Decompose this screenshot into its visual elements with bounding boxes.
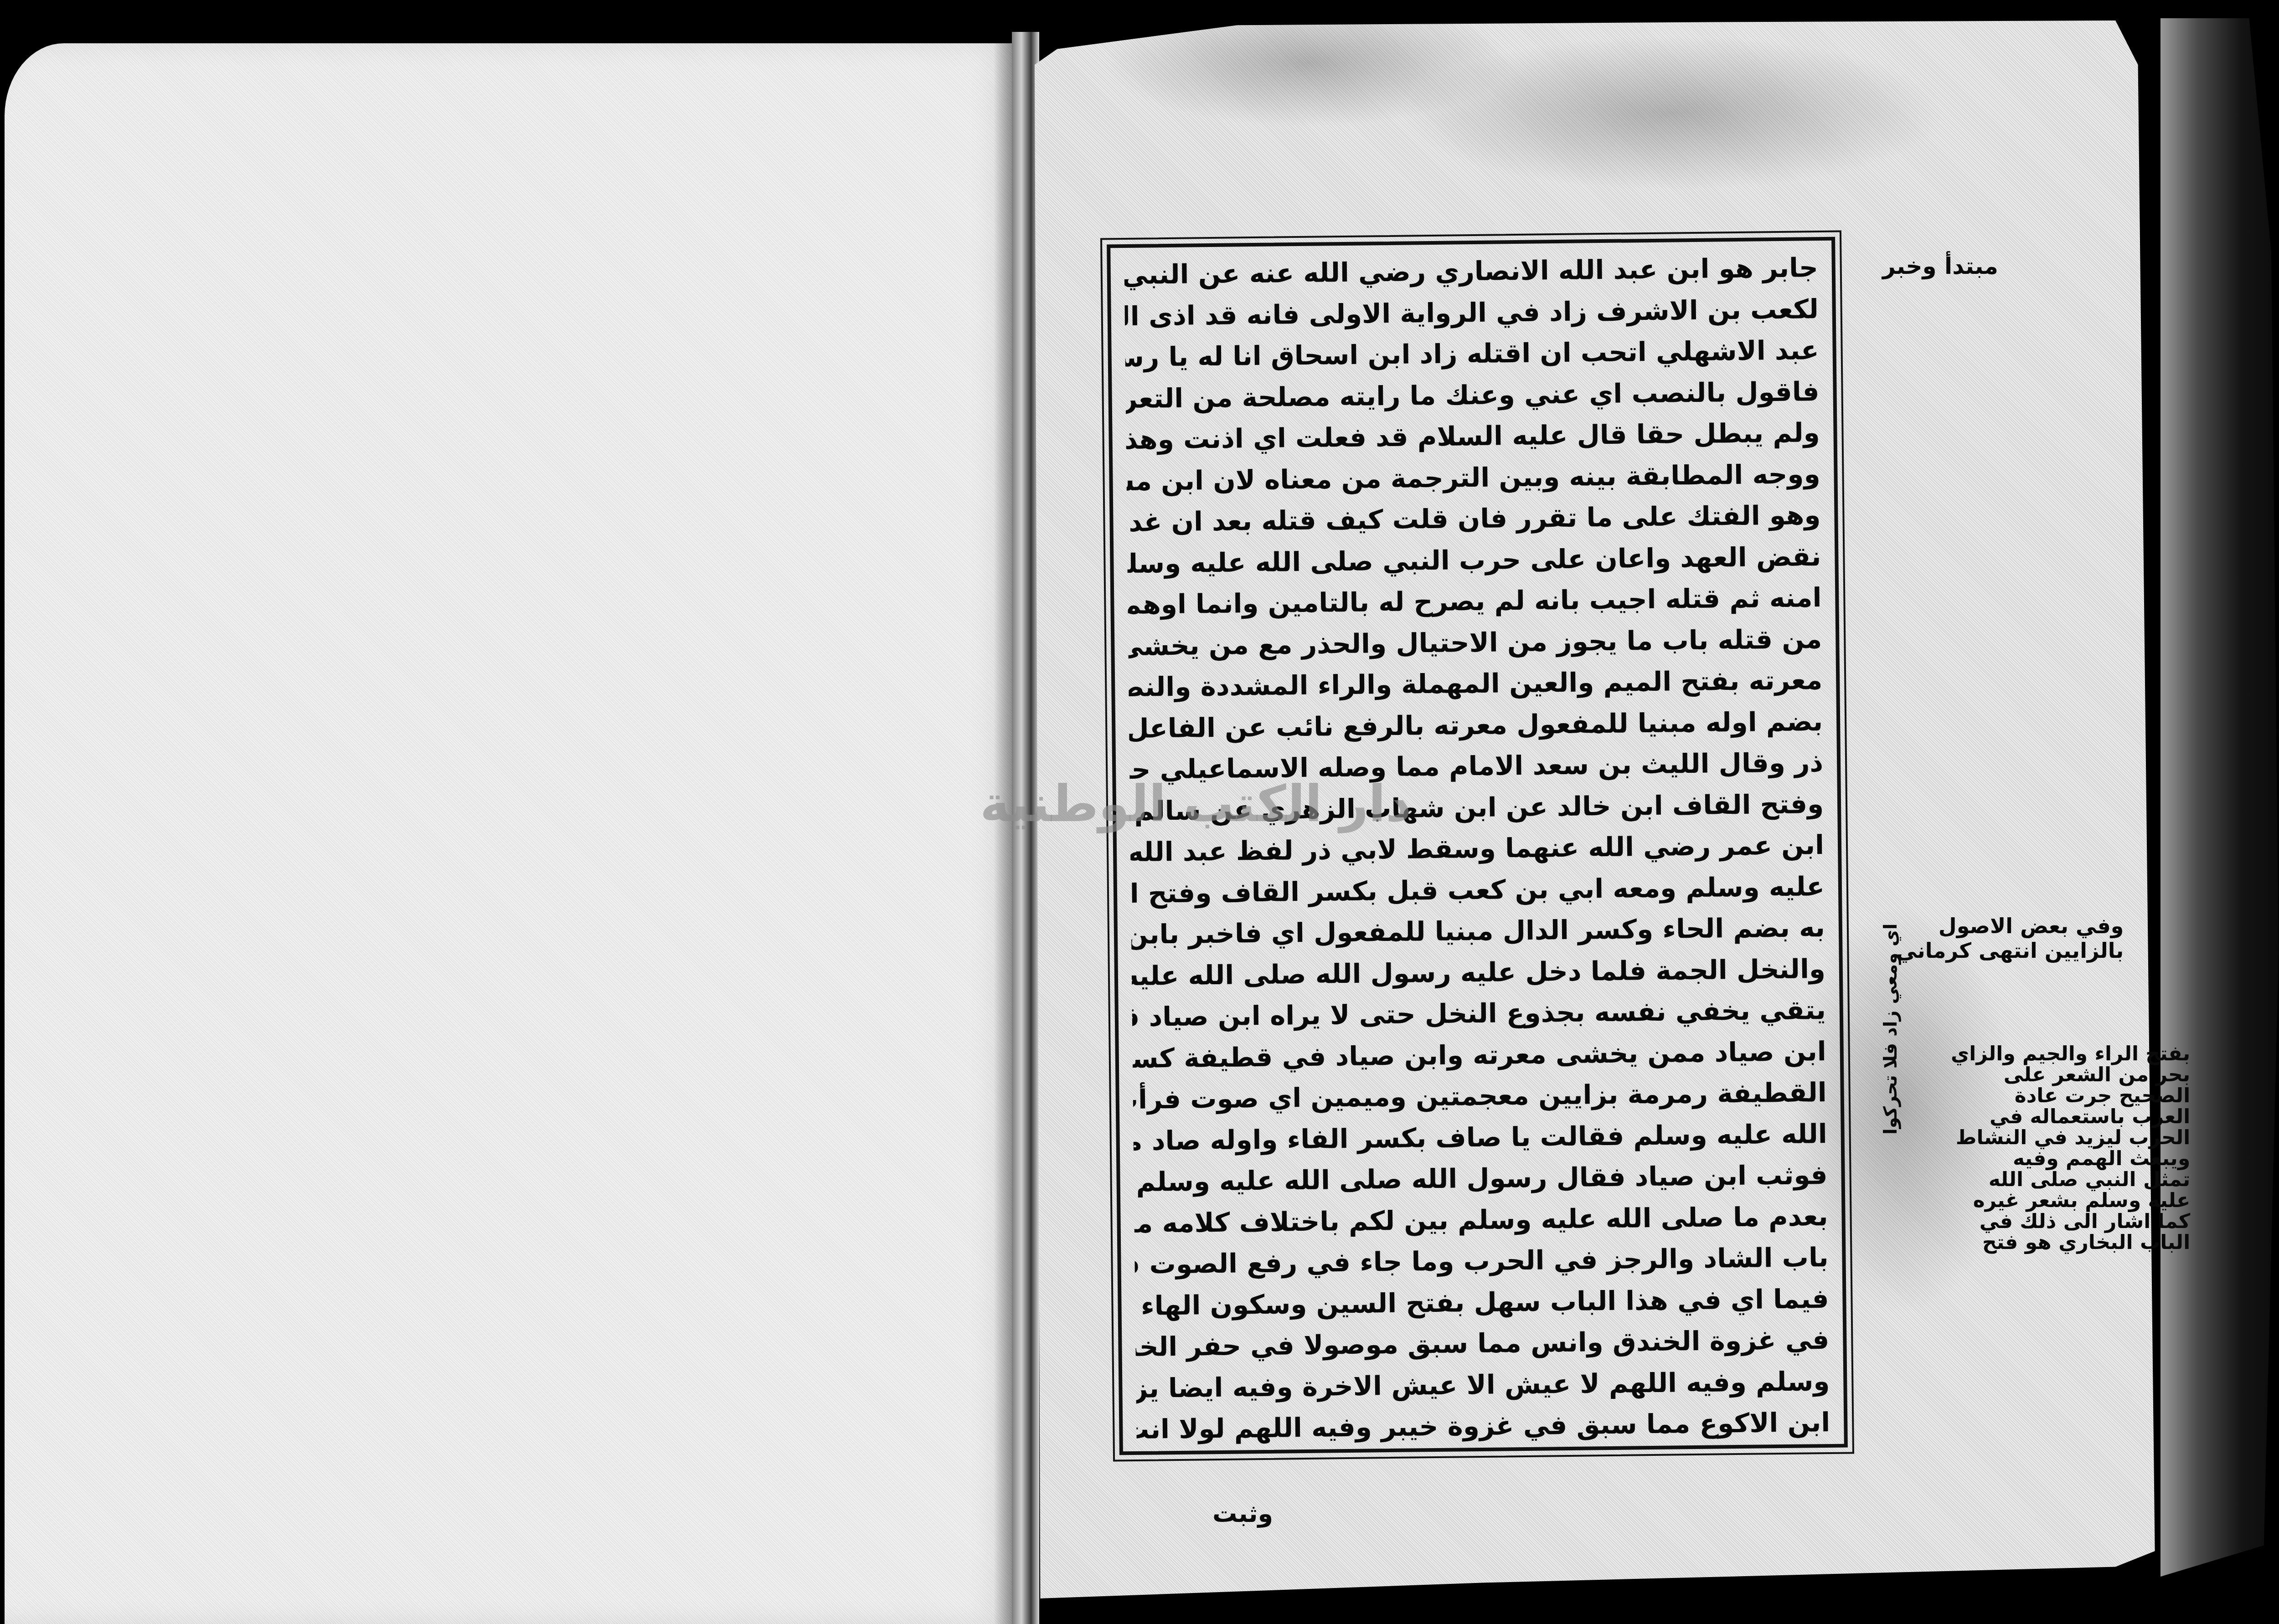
library-watermark: دار الكتب الوطنية	[980, 775, 1412, 833]
text-line: من قتله باب ما يجوز من الاحتيال والحذر م…	[1128, 618, 1822, 667]
manuscript-scan: جابر هو ابن عبد الله الانصاري رضي الله ع…	[0, 0, 2279, 1624]
text-line: فاقول بالنصب اي عني وعنك ما رايته مصلحة …	[1125, 371, 1820, 419]
text-line: نقض العهد واعان على حرب النبي صلى الله ع…	[1127, 536, 1821, 584]
margin-gloss-line: ويبعث الهمم وفيه	[1951, 1148, 2190, 1169]
margin-gloss-middle: وفي بعض الاصول بالزايين انتهى كرماني	[1896, 914, 2124, 963]
text-line: الله عليه وسلم فقالت يا صاف بكسر الفاء و…	[1133, 1113, 1827, 1161]
left-page-blank	[5, 43, 1012, 1624]
text-line: فيما اي في هذا الباب سهل بفتح السين وسكو…	[1135, 1278, 1829, 1326]
text-line: ولم يبطل حقا قال عليه السلام قد فعلت اي …	[1126, 412, 1820, 460]
margin-gloss-vertical: اي ومعي زاد فلا تحركوا	[1880, 924, 1901, 1135]
text-line: والنخل الجمة فلما دخل عليه رسول الله صلى…	[1131, 948, 1825, 997]
margin-gloss-line: الحرب ليزيد في النشاط	[1951, 1127, 2190, 1148]
text-block-frame: جابر هو ابن عبد الله الانصاري رضي الله ع…	[1107, 237, 1848, 1455]
margin-gloss-line: بالزايين انتهى كرماني	[1896, 938, 2124, 963]
text-line: عبد الاشهلي اتحب ان اقتله زاد ابن اسحاق …	[1125, 329, 1819, 378]
catchword: وثبت	[1212, 1499, 1273, 1528]
text-line: فوثب ابن صياد فقال رسول الله صلى الله عل…	[1134, 1154, 1828, 1203]
text-line: وهو الفتك على ما تقرر فان قلت كيف قتله ب…	[1127, 494, 1821, 543]
text-line: بضم اوله مبنيا للمفعول معرته بالرفع نائب…	[1129, 701, 1823, 749]
margin-gloss-line: كما اشار الى ذلك في	[1951, 1211, 2190, 1232]
text-line: معرته بفتح الميم والعين المهملة والراء ا…	[1129, 659, 1823, 708]
margin-gloss-top: مبتدأ وخبر	[1882, 253, 1998, 279]
margin-gloss-line: تمثل النبي صلى الله	[1951, 1169, 2190, 1190]
text-line: ووجه المطابقة بينه وبين الترجمة من معناه…	[1126, 453, 1820, 502]
text-line: يتقي يخفي نفسه بجذوع النخل حتى لا يراه ا…	[1132, 989, 1826, 1038]
page-fore-edge	[2160, 18, 2279, 1577]
margin-gloss-line: وفي بعض الاصول	[1896, 914, 2124, 938]
text-line: القطيفة رمرمة بزايين معجمتين وميمين اي ص…	[1133, 1072, 1827, 1120]
text-line: امنه ثم قتله اجيب بانه لم يصرح له بالتام…	[1128, 577, 1822, 625]
chapter-heading-line: باب الشاد والرجز في الحرب وما جاء في رفع…	[1134, 1237, 1829, 1285]
text-line: ابن الاكوع مما سبق في غزوة خيبر وفيه الل…	[1136, 1402, 1830, 1450]
margin-gloss-line: الصحيح جرت عادة	[1951, 1085, 2190, 1106]
text-line: به بضم الحاء وكسر الدال مبنيا للمفعول اي…	[1131, 907, 1825, 955]
margin-gloss-line: الباب البخاري هو فتح	[1951, 1232, 2190, 1253]
text-line: وسلم وفيه اللهم لا عيش الا عيش الاخرة وف…	[1136, 1360, 1830, 1408]
margin-gloss-line: عليه وسلم بشعر غيره	[1951, 1190, 2190, 1211]
text-line: في غزوة الخندق وانس مما سبق موصولا في حف…	[1135, 1319, 1830, 1367]
text-line: جابر هو ابن عبد الله الانصاري رضي الله ع…	[1124, 247, 1818, 295]
text-line: عليه وسلم ومعه ابي بن كعب قبل بكسر القاف…	[1131, 866, 1825, 914]
margin-gloss-line: بحر من الشعر على	[1951, 1064, 2190, 1085]
margin-gloss-line: العرب باستعماله في	[1951, 1106, 2190, 1127]
margin-gloss-lower: بفتح الراء والجيم والزاي بحر من الشعر عل…	[1951, 1043, 2190, 1253]
text-line: ابن صياد ممن يخشى معرته وابن صياد في قطي…	[1132, 1031, 1826, 1079]
margin-gloss-line: بفتح الراء والجيم والزاي	[1951, 1043, 2190, 1064]
text-line: بعدم ما صلى الله عليه وسلم بين لكم باختل…	[1134, 1195, 1828, 1244]
water-stain	[1399, 36, 1946, 190]
text-line: لكعب بن الاشرف زاد في الرواية الاولى فان…	[1124, 288, 1819, 337]
